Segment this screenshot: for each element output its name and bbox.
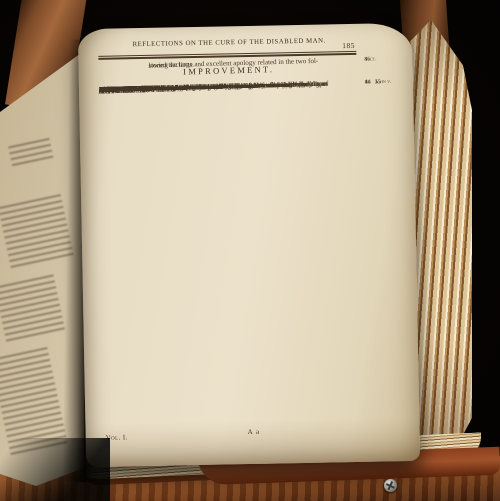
book-page-recto: REFLECTIONS ON THE CURE OF THE DISABLED … [78,23,420,467]
page-footer: Vol. I. A a [106,426,366,445]
margin-note: 46. [364,56,371,64]
section-heading: IMPROVEMENT. [99,64,359,79]
signature-mark: A a [248,428,261,436]
screw-head [384,479,397,492]
book-photograph: REFLECTIONS ON THE CURE OF THE DISABLED … [0,0,500,501]
page-number: 185 [342,41,355,50]
paragraph: One would have expected that when this g… [99,79,359,86]
left-page-rule [6,58,65,71]
blurred-text-lines [0,194,74,270]
corner-shadow [0,438,110,501]
page-text: sioned the large and excellent apology r… [98,57,359,87]
running-head: REFLECTIONS ON THE CURE OF THE DISABLED … [114,37,344,48]
blurred-text-lines [8,138,54,168]
margin-note: 16 [365,79,371,87]
open-book: REFLECTIONS ON THE CURE OF THE DISABLED … [0,0,500,501]
blurred-text-lines [0,274,65,343]
